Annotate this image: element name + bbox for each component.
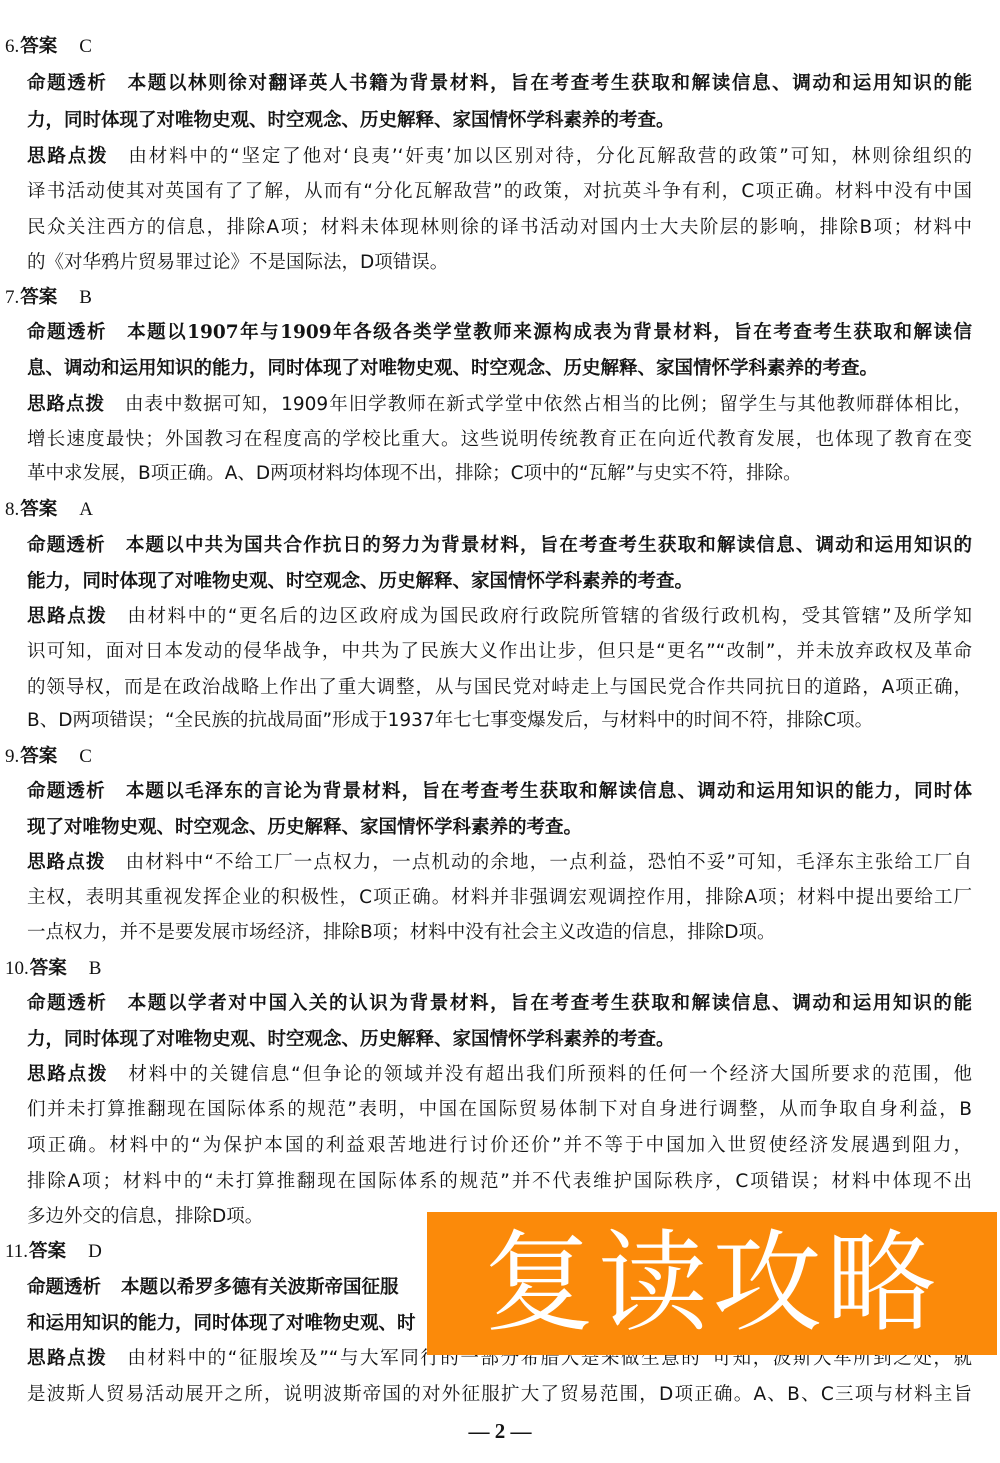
answer-label: 答案: [29, 1241, 66, 1262]
hint-label: 思路点拨: [27, 606, 107, 627]
answer-label: 答案: [30, 958, 67, 979]
answer-value: B: [79, 287, 92, 308]
hint-line: 思路点拨由材料中“不给工厂一点权力，一点机动的余地，一点利益，恐怕不妥”可知，毛…: [27, 848, 972, 878]
hint-line: 译书活动使其对英国有了了解，从而有“分化瓦解敌营”的政策，对抗英斗争有利，C项正…: [27, 177, 972, 207]
answer-label: 答案: [20, 287, 57, 308]
hint-line: 革中求发展，B项正确。A、D两项材料均体现不出，排除；C项中的“瓦解”与史实不符…: [27, 459, 972, 489]
hint-line: 思路点拨由材料中的“坚定了他对‘良夷’‘奸夷’加以区别对待，分化瓦解敌营的政策”…: [27, 142, 972, 172]
question-9-header: 9.答案C: [5, 742, 92, 772]
analysis-line: 命题透析本题以中共为国共合作抗日的努力为背景材料，旨在考查考生获取和解读信息、调…: [27, 531, 972, 561]
analysis-line: 命题透析本题以学者对中国入关的认识为背景材料，旨在考查考生获取和解读信息、调动和…: [27, 989, 972, 1019]
hint-label: 思路点拨: [27, 1064, 108, 1085]
question-10-header: 10.答案B: [5, 954, 101, 984]
analysis-line: 力，同时体现了对唯物史观、时空观念、历史解释、家国情怀学科素养的考查。: [27, 106, 972, 136]
question-number: 11.: [5, 1241, 28, 1262]
analysis-label: 命题透析: [27, 781, 106, 802]
question-8-header: 8.答案A: [5, 495, 93, 525]
answer-value: C: [79, 36, 92, 57]
hint-line: 思路点拨由表中数据可知，1909年旧学教师在新式学堂中依然占相当的比例；留学生与…: [27, 390, 972, 420]
question-number: 6.: [5, 36, 19, 57]
watermark-banner: 复读攻略: [427, 1212, 997, 1355]
hint-label: 思路点拨: [27, 146, 108, 167]
analysis-line: 现了对唯物史观、时空观念、历史解释、家国情怀学科素养的考查。: [27, 813, 972, 843]
analysis-line: 能力，同时体现了对唯物史观、时空观念、历史解释、家国情怀学科素养的考查。: [27, 567, 972, 597]
hint-label: 思路点拨: [27, 852, 106, 873]
analysis-line: 力，同时体现了对唯物史观、时空观念、历史解释、家国情怀学科素养的考查。: [27, 1025, 972, 1055]
analysis-line: 息、调动和运用知识的能力，同时体现了对唯物史观、时空观念、历史解释、家国情怀学科…: [27, 354, 972, 384]
question-number: 10.: [5, 958, 29, 979]
analysis-label: 命题透析: [27, 1277, 101, 1298]
answer-label: 答案: [20, 499, 57, 520]
hint-line: 思路点拨由材料中的“更名后的边区政府成为国民政府行政院所管辖的省级行政机构，受其…: [27, 602, 972, 632]
hint-line: 是波斯人贸易活动展开之所，说明波斯帝国的对外征服扩大了贸易范围，D项正确。A、B…: [27, 1380, 972, 1410]
answer-label: 答案: [20, 36, 57, 57]
analysis-line: 命题透析本题以毛泽东的言论为背景材料，旨在考查考生获取和解读信息、调动和运用知识…: [27, 777, 972, 807]
question-number: 9.: [5, 746, 19, 767]
hint-label: 思路点拨: [27, 394, 105, 415]
hint-line: 们并未打算推翻现在国际体系的规范”表明，中国在国际贸易体制下对自身进行调整，从而…: [27, 1095, 972, 1125]
answer-value: B: [89, 958, 102, 979]
hint-line: 民众关注西方的信息，排除A项；材料未体现林则徐的译书活动对国内士大夫阶层的影响，…: [27, 213, 972, 243]
page-number: — 2 —: [0, 1417, 1000, 1445]
question-11-header: 11.答案D: [5, 1237, 102, 1267]
hint-line: 的领导权，而是在政治战略上作出了重大调整，从与国民党对峙走上与国民党合作共同抗日…: [27, 673, 972, 703]
document-page: 6.答案C 命题透析本题以林则徐对翻译英人书籍为背景材料，旨在考查考生获取和解读…: [0, 0, 1000, 1463]
hint-line: B、D两项错误；“全民族的抗战局面”形成于1937年七七事变爆发后，与材料中的时…: [27, 706, 972, 736]
answer-label: 答案: [20, 746, 57, 767]
hint-line: 项正确。材料中的“为保护本国的利益艰苦地进行讨价还价”并不等于中国加入世贸使经济…: [27, 1131, 972, 1161]
analysis-label: 命题透析: [27, 73, 108, 94]
analysis-label: 命题透析: [27, 993, 108, 1014]
hint-line: 增长速度最快；外国教习在程度高的学校比重大。这些说明传统教育正在向近代教育发展，…: [27, 425, 972, 455]
hint-line: 主权，表明其重视发挥企业的积极性，C项正确。材料并非强调宏观调控作用，排除A项；…: [27, 883, 972, 913]
watermark-text: 复读攻略: [484, 1223, 940, 1343]
hint-line: 的《对华鸦片贸易罪过论》不是国际法，D项错误。: [27, 248, 972, 278]
question-number: 8.: [5, 499, 19, 520]
hint-label: 思路点拨: [27, 1348, 107, 1369]
hint-line: 思路点拨材料中的关键信息“但争论的领域并没有超出我们所预料的任何一个经济大国所要…: [27, 1060, 972, 1090]
question-7-header: 7.答案B: [5, 283, 92, 313]
answer-value: D: [88, 1241, 102, 1262]
hint-line: 识可知，面对日本发动的侵华战争，中共为了民族大义作出让步，但只是“更名”“改制”…: [27, 637, 972, 667]
question-6-header: 6.答案C: [5, 32, 92, 62]
analysis-label: 命题透析: [27, 535, 106, 556]
hint-line: 一点权力，并不是要发展市场经济，排除B项；材料中没有社会主义改造的信息，排除D项…: [27, 918, 972, 948]
answer-value: C: [79, 746, 92, 767]
analysis-label: 命题透析: [27, 322, 107, 343]
answer-value: A: [79, 499, 93, 520]
hint-line: 排除A项；材料中的“未打算推翻现在国际体系的规范”并不代表维护国际秩序，C项错误…: [27, 1167, 972, 1197]
analysis-line: 命题透析本题以林则徐对翻译英人书籍为背景材料，旨在考查考生获取和解读信息、调动和…: [27, 69, 972, 99]
analysis-line: 命题透析本题以1907年与1909年各级各类学堂教师来源构成表为背景材料，旨在考…: [27, 318, 972, 348]
question-number: 7.: [5, 287, 19, 308]
